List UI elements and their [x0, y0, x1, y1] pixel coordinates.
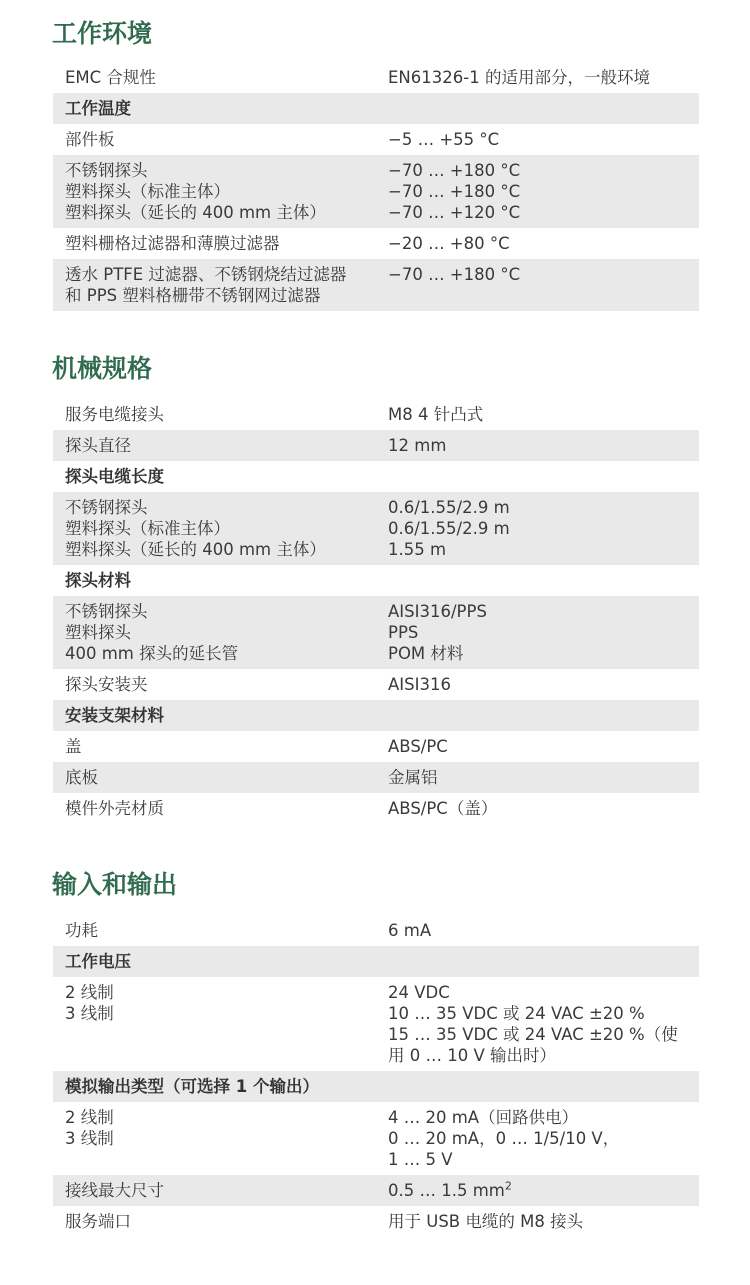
- row-value: −5 … +55 °C: [388, 129, 699, 150]
- row-label: 2 线制 3 线制: [65, 982, 388, 1024]
- row-value: ABS/PC: [388, 736, 699, 757]
- row-label: 服务电缆接头: [65, 404, 388, 425]
- row-value: 0.6/1.55/2.9 m 0.6/1.55/2.9 m 1.55 m: [388, 497, 699, 560]
- subheader-label: 探头材料: [65, 570, 388, 591]
- table-row: 探头直径12 mm: [53, 430, 699, 461]
- row-value: 6 mA: [388, 920, 699, 941]
- row-label: 不锈钢探头 塑料探头（标准主体） 塑料探头（延长的 400 mm 主体）: [65, 160, 388, 223]
- row-value: 0.5 … 1.5 mm2: [388, 1180, 699, 1201]
- row-label: 盖: [65, 736, 388, 757]
- row-value: M8 4 针凸式: [388, 404, 699, 425]
- row-value: 用于 USB 电缆的 M8 接头: [388, 1211, 699, 1232]
- table-subheader: 模拟输出类型（可选择 1 个输出）: [53, 1071, 699, 1102]
- table-subheader: 工作电压: [53, 946, 699, 977]
- superscript: 2: [505, 1180, 512, 1193]
- row-label: 接线最大尺寸: [65, 1180, 388, 1201]
- table-row: 不锈钢探头 塑料探头（标准主体） 塑料探头（延长的 400 mm 主体）0.6/…: [53, 492, 699, 565]
- table-row: 2 线制 3 线制4 … 20 mA（回路供电） 0 … 20 mA，0 … 1…: [53, 1102, 699, 1175]
- row-value: ABS/PC（盖）: [388, 798, 699, 819]
- row-label: 透水 PTFE 过滤器、不锈钢烧结过滤器 和 PPS 塑料格栅带不锈钢网过滤器: [65, 264, 388, 306]
- row-value: −20 … +80 °C: [388, 233, 699, 254]
- table-row: 2 线制 3 线制24 VDC 10 … 35 VDC 或 24 VAC ±20…: [53, 977, 699, 1071]
- table-row: 透水 PTFE 过滤器、不锈钢烧结过滤器 和 PPS 塑料格栅带不锈钢网过滤器−…: [53, 259, 699, 311]
- section-title: 输入和输出: [52, 865, 699, 905]
- table-row: 服务端口用于 USB 电缆的 M8 接头: [53, 1206, 699, 1237]
- table-row: 探头安装夹AISI316: [53, 669, 699, 700]
- row-value: −70 … +180 °C −70 … +180 °C −70 … +120 °…: [388, 160, 699, 223]
- row-value: 12 mm: [388, 435, 699, 456]
- row-value: EN61326-1 的适用部分，一般环境: [388, 67, 699, 88]
- row-label: 不锈钢探头 塑料探头（标准主体） 塑料探头（延长的 400 mm 主体）: [65, 497, 388, 560]
- row-value: AISI316: [388, 674, 699, 695]
- row-value: −70 … +180 °C: [388, 264, 699, 285]
- row-label: 功耗: [65, 920, 388, 941]
- table-row: 部件板−5 … +55 °C: [53, 124, 699, 155]
- table-row: 底板金属铝: [53, 762, 699, 793]
- table-row: 功耗6 mA: [53, 915, 699, 946]
- row-label: 探头直径: [65, 435, 388, 456]
- table-subheader: 探头电缆长度: [53, 461, 699, 492]
- table-subheader: 安装支架材料: [53, 700, 699, 731]
- row-label: 塑料栅格过滤器和薄膜过滤器: [65, 233, 388, 254]
- section-mechanical-specs: 机械规格 服务电缆接头M8 4 针凸式 探头直径12 mm 探头电缆长度 不锈钢…: [53, 349, 699, 824]
- table-row: 盖ABS/PC: [53, 731, 699, 762]
- row-label: 探头安装夹: [65, 674, 388, 695]
- subheader-label: 工作温度: [65, 98, 388, 119]
- row-label: 服务端口: [65, 1211, 388, 1232]
- table-row: 模件外壳材质ABS/PC（盖）: [53, 793, 699, 824]
- table-row: 不锈钢探头 塑料探头 400 mm 探头的延长管AISI316/PPS PPS …: [53, 596, 699, 669]
- subheader-label: 探头电缆长度: [65, 466, 388, 487]
- table-row: EMC 合规性EN61326-1 的适用部分，一般环境: [53, 62, 699, 93]
- value-text: 0.5 … 1.5 mm: [388, 1181, 505, 1200]
- table-subheader: 工作温度: [53, 93, 699, 124]
- row-value: 金属铝: [388, 767, 699, 788]
- table-row: 接线最大尺寸0.5 … 1.5 mm2: [53, 1175, 699, 1206]
- row-value: AISI316/PPS PPS POM 材料: [388, 601, 699, 664]
- row-label: 底板: [65, 767, 388, 788]
- section-inputs-outputs: 输入和输出 功耗6 mA 工作电压 2 线制 3 线制24 VDC 10 … 3…: [53, 865, 699, 1237]
- row-value: 4 … 20 mA（回路供电） 0 … 20 mA，0 … 1/5/10 V， …: [388, 1107, 699, 1170]
- spec-table: 服务电缆接头M8 4 针凸式 探头直径12 mm 探头电缆长度 不锈钢探头 塑料…: [53, 399, 699, 824]
- row-value: 24 VDC 10 … 35 VDC 或 24 VAC ±20 % 15 … 3…: [388, 982, 699, 1066]
- row-label: 模件外壳材质: [65, 798, 388, 819]
- table-row: 塑料栅格过滤器和薄膜过滤器−20 … +80 °C: [53, 228, 699, 259]
- section-operating-environment: 工作环境 EMC 合规性EN61326-1 的适用部分，一般环境 工作温度 部件…: [53, 14, 699, 311]
- subheader-label: 安装支架材料: [65, 705, 388, 726]
- section-title: 机械规格: [52, 349, 699, 389]
- table-subheader: 探头材料: [53, 565, 699, 596]
- row-label: 不锈钢探头 塑料探头 400 mm 探头的延长管: [65, 601, 388, 664]
- subheader-label: 工作电压: [65, 951, 388, 972]
- spec-table: EMC 合规性EN61326-1 的适用部分，一般环境 工作温度 部件板−5 ……: [53, 62, 699, 311]
- row-label: 部件板: [65, 129, 388, 150]
- table-row: 不锈钢探头 塑料探头（标准主体） 塑料探头（延长的 400 mm 主体）−70 …: [53, 155, 699, 228]
- row-label: EMC 合规性: [65, 67, 388, 88]
- table-row: 服务电缆接头M8 4 针凸式: [53, 399, 699, 430]
- row-label: 2 线制 3 线制: [65, 1107, 388, 1149]
- spec-table: 功耗6 mA 工作电压 2 线制 3 线制24 VDC 10 … 35 VDC …: [53, 915, 699, 1237]
- subheader-label: 模拟输出类型（可选择 1 个输出）: [65, 1076, 388, 1097]
- section-title: 工作环境: [52, 14, 699, 54]
